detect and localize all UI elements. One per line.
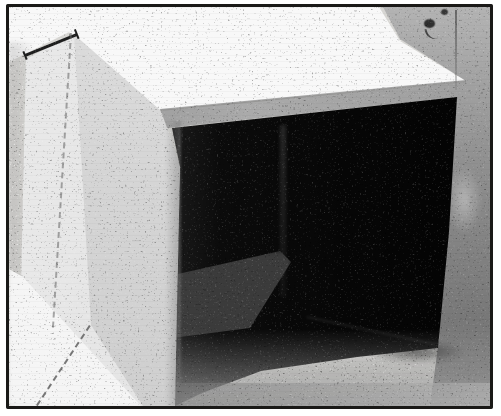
photo-frame [6,4,493,409]
photograph [9,7,490,406]
page: { "scene": { "type": "photograph", "styl… [0,0,501,416]
photocopy-banding [9,7,490,406]
